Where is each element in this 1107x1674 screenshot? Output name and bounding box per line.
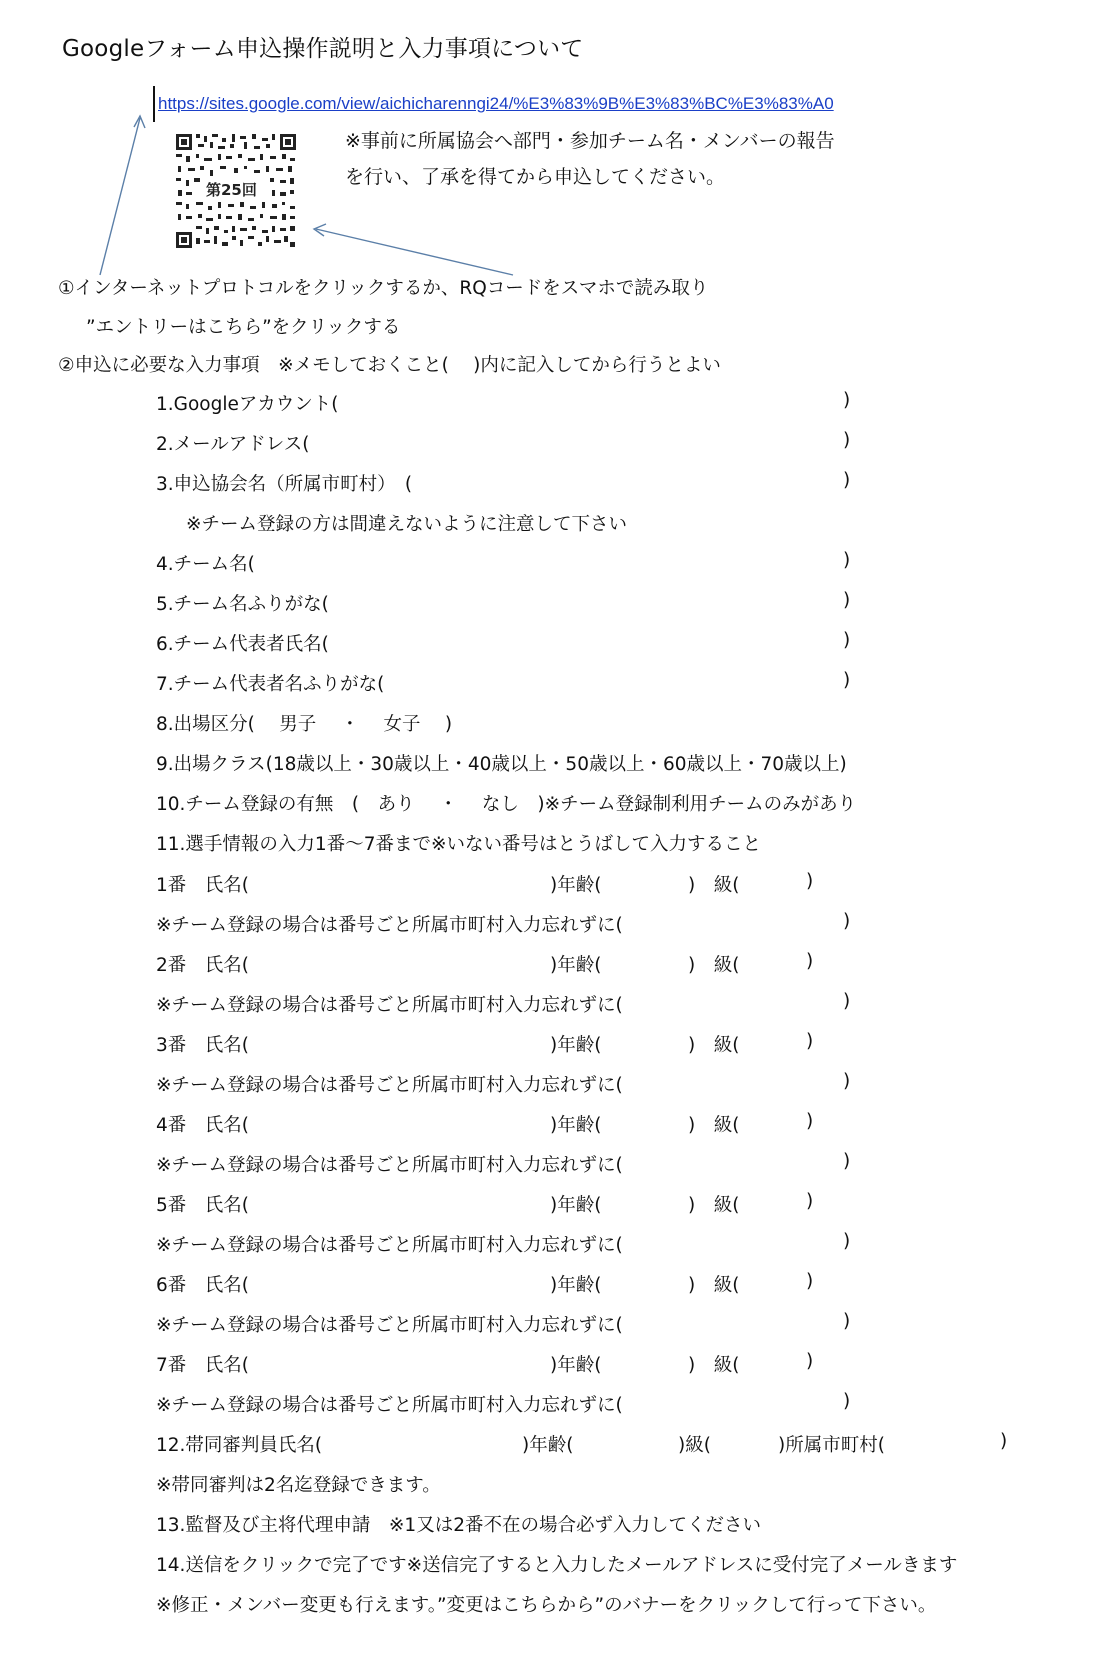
player-name-label: 6番 氏名( [156,1271,249,1297]
player-name-label: 5番 氏名( [156,1191,249,1217]
notice-line-1: ※事前に所属協会へ部門・参加チーム名・メンバーの報告 [345,126,835,153]
player-name-label: 7番 氏名( [156,1351,249,1377]
field-team-registration: 10.チーム登録の有無 ( あり ・ なし )※チーム登録制利用チームのみがあり [156,790,856,816]
close-paren: ) [843,550,850,571]
field-team-name: 4.チーム名( [156,550,255,576]
field-division: 8.出場区分( 男子 ・ 女子 ) [156,710,452,736]
player-city-note: ※チーム登録の場合は番号ごと所属市町村入力忘れずに( [156,991,623,1017]
player-age-label: )年齢( [550,1191,601,1217]
player-name-label: 3番 氏名( [156,1031,249,1057]
player-city-note: ※チーム登録の場合は番号ごと所属市町村入力忘れずに( [156,1311,623,1337]
referee-age-label: )年齢( [522,1431,573,1457]
field-team-rep: 6.チーム代表者氏名( [156,630,329,656]
player-grade-label: ) 級( [688,1031,739,1057]
close-paren: ) [843,991,850,1012]
player-city-note: ※チーム登録の場合は番号ごと所属市町村入力忘れずに( [156,911,623,937]
player-grade-label: ) 級( [688,1271,739,1297]
close-paren: ) [843,470,850,491]
player-age-label: )年齢( [550,871,601,897]
close-paren: ) [806,1191,813,1212]
close-paren: ) [843,670,850,691]
close-paren: ) [843,911,850,932]
field-google-account: 1.Googleアカウント( [156,390,338,416]
player-name-label: 1番 氏名( [156,871,249,897]
qr-label: 第25回 [206,179,257,200]
player-name-label: 4番 氏名( [156,1111,249,1137]
step-1-line-1: ①インターネットプロトコルをクリックするか、RQコードをスマホで読み取り [58,274,708,300]
referee-city-label: )所属市町村( [778,1431,885,1457]
player-grade-label: ) 級( [688,951,739,977]
close-paren: ) [843,1151,850,1172]
player-city-note: ※チーム登録の場合は番号ごと所属市町村入力忘れずに( [156,1231,623,1257]
field-submit-info: 14.送信をクリックで完了です※送信完了すると入力したメールアドレスに受付完了メ… [156,1551,957,1577]
player-grade-label: ) 級( [688,1111,739,1137]
field-association: 3.申込協会名（所属市町村） ( [156,470,412,496]
player-grade-label: ) 級( [688,871,739,897]
step-2-heading: ②申込に必要な入力事項 ※メモしておくこと( )内に記入してから行うとよい [58,351,721,377]
player-age-label: )年齢( [550,1111,601,1137]
player-city-note: ※チーム登録の場合は番号ごと所属市町村入力忘れずに( [156,1071,623,1097]
close-paren: ) [1000,1431,1007,1452]
player-age-label: )年齢( [550,1271,601,1297]
close-paren: ) [843,1311,850,1332]
referee-note: ※帯同審判は2名迄登録できます。 [156,1471,441,1497]
referee-grade-label: )級( [678,1431,711,1457]
player-age-label: )年齢( [550,951,601,977]
step-1-line-2: ”エントリーはこちら”をクリックする [86,313,400,339]
field-team-name-kana: 5.チーム名ふりがな( [156,590,329,616]
close-paren: ) [843,1071,850,1092]
player-grade-label: ) 級( [688,1191,739,1217]
field-association-note: ※チーム登録の方は間違えないように注意して下さい [186,510,627,536]
close-paren: ) [843,590,850,611]
text-caret [153,86,155,122]
close-paren: ) [806,1111,813,1132]
field-manager-proxy: 13.監督及び主将代理申請 ※1又は2番不在の場合必ず入力してください [156,1511,761,1537]
notice-line-2: を行い、了承を得てから申込してください。 [345,162,725,189]
close-paren: ) [843,390,850,411]
player-city-note: ※チーム登録の場合は番号ごと所属市町村入力忘れずに( [156,1391,623,1417]
player-age-label: )年齢( [550,1031,601,1057]
close-paren: ) [806,871,813,892]
field-player-info: 11.選手情報の入力1番～7番まで※いない番号はとうばして入力すること [156,830,761,856]
form-url-link[interactable]: https://sites.google.com/view/aichichare… [158,94,834,114]
field-team-rep-kana: 7.チーム代表者名ふりがな( [156,670,384,696]
player-city-note: ※チーム登録の場合は番号ごと所属市町村入力忘れずに( [156,1151,623,1177]
close-paren: ) [843,1231,850,1252]
player-grade-label: ) 級( [688,1351,739,1377]
field-email: 2.メールアドレス( [156,430,309,456]
close-paren: ) [843,430,850,451]
player-name-label: 2番 氏名( [156,951,249,977]
qr-code-icon[interactable]: 第25回 [174,132,298,250]
close-paren: ) [806,1351,813,1372]
close-paren: ) [806,1031,813,1052]
page-title: Googleフォーム申込操作説明と入力事項について [62,30,584,63]
close-paren: ) [843,630,850,651]
close-paren: ) [806,951,813,972]
close-paren: ) [843,1391,850,1412]
referee-name-label: 12.帯同審判員氏名( [156,1431,322,1457]
edit-info-note: ※修正・メンバー変更も行えます。”変更はこちらから”のバナーをクリックして行って… [156,1591,936,1617]
close-paren: ) [806,1271,813,1292]
field-class: 9.出場クラス(18歳以上・30歳以上・40歳以上・50歳以上・60歳以上・70… [156,750,847,776]
player-age-label: )年齢( [550,1351,601,1377]
